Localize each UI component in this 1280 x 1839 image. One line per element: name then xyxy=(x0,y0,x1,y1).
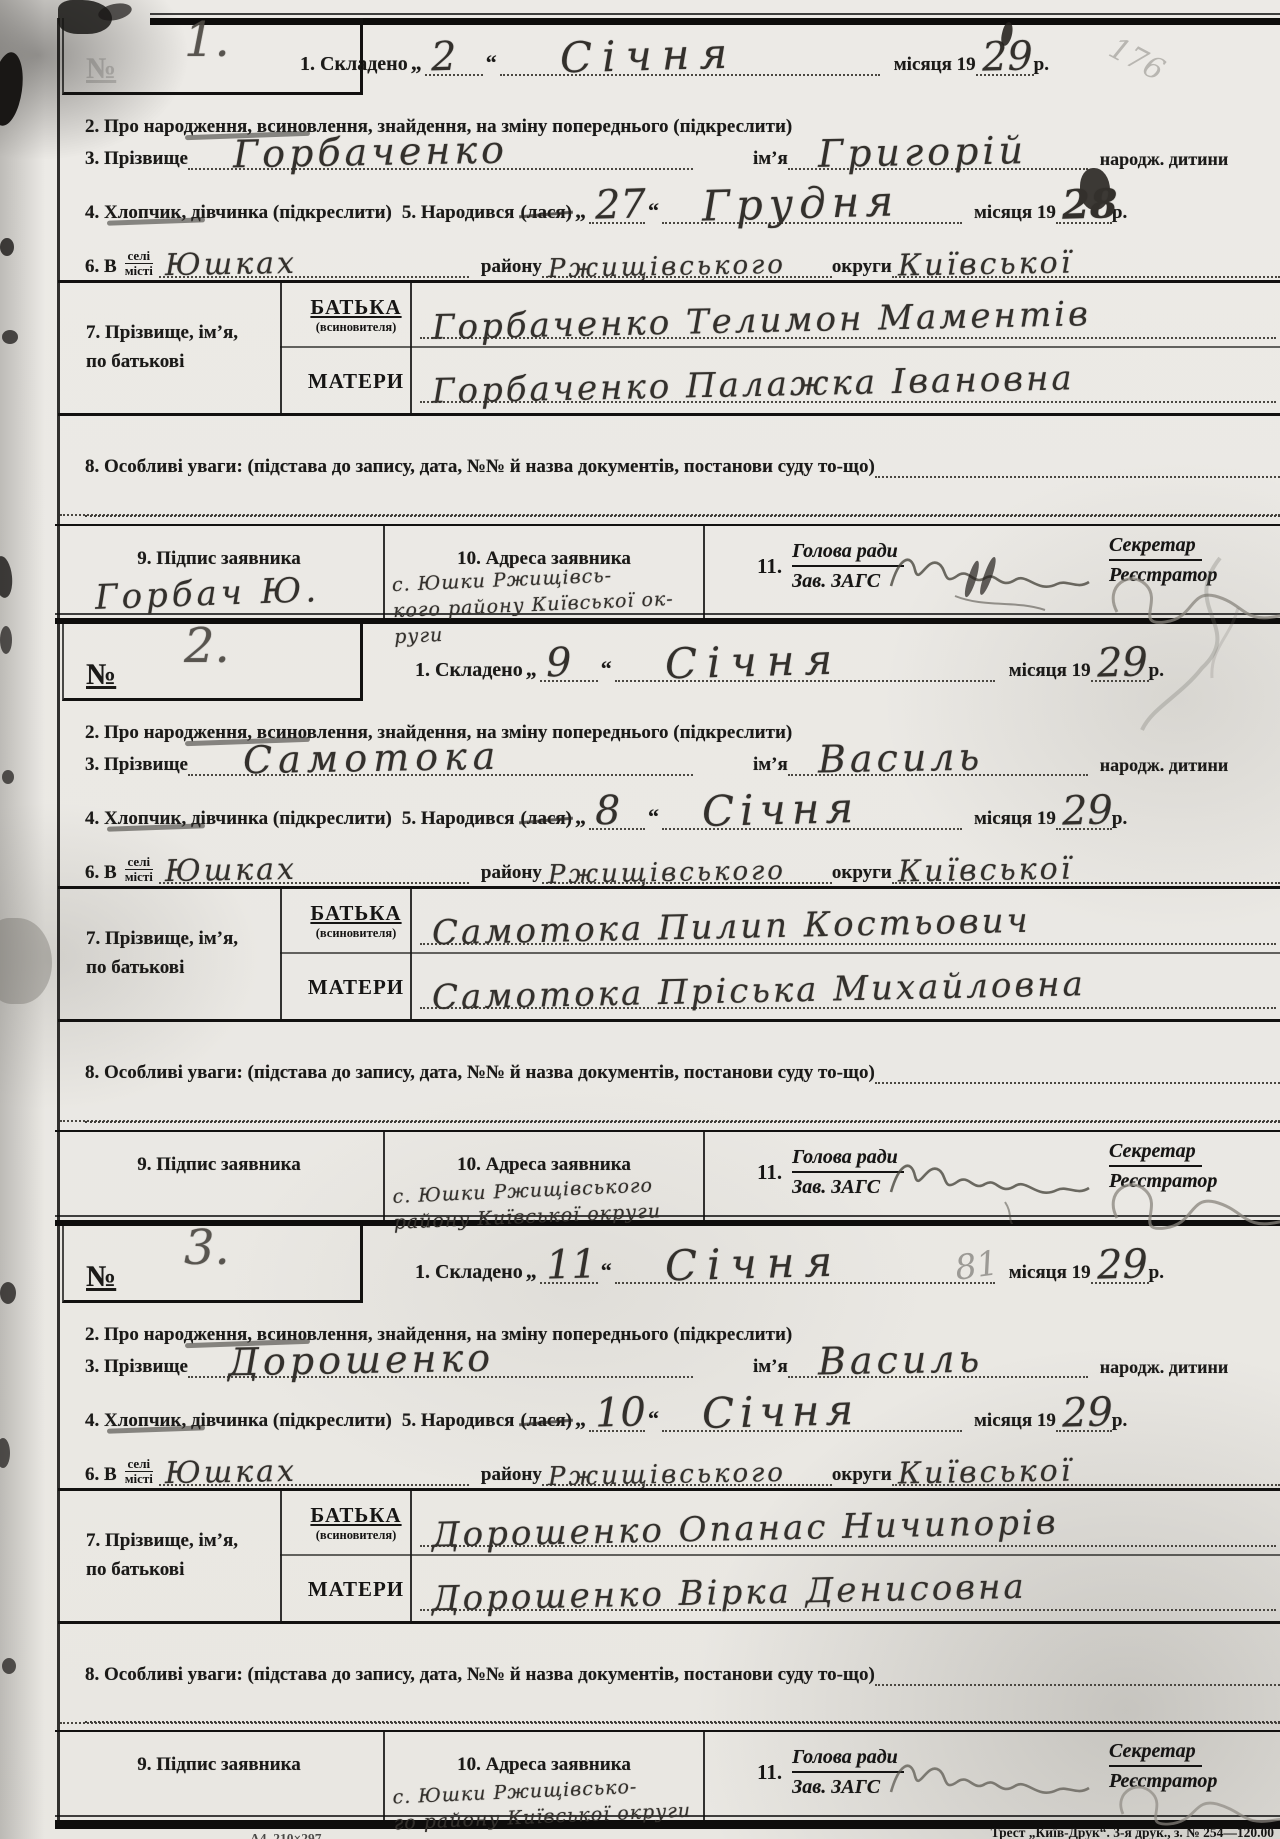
applicant-signature-cell: 9. Підпис заявника Горбач Ю. xyxy=(55,526,385,618)
village-town-choice: селі місті xyxy=(125,855,153,884)
r-label: р. xyxy=(1112,1410,1127,1432)
close-quote: “ xyxy=(645,804,662,830)
father-name: Самотока Пилип Костьович xyxy=(432,901,1031,954)
head-of-council-block: 11. Голова ради Зав. ЗАГС xyxy=(757,1746,904,1799)
okruha-entry: Київської xyxy=(892,856,1280,884)
surname-label: 3. Прізвище xyxy=(85,1356,188,1378)
okruha-label: округи xyxy=(832,1464,892,1486)
composed-year: 29 xyxy=(1096,1241,1148,1288)
remarks-row: 8. Особливі уваги: (підстава до запису, … xyxy=(85,1052,1280,1084)
mother-entry: Дорошенко Вірка Денисовна xyxy=(420,1585,1276,1611)
mother-word: МАТЕРИ xyxy=(298,975,414,1000)
in-label: 6. В xyxy=(85,256,117,278)
mother-entry: Горбаченко Палажка Івановна xyxy=(420,377,1276,403)
parents-label: 7. Прізвище, ім’я, по батькові xyxy=(86,319,238,376)
remarks-label: 8. Особливі уваги: (підстава до запису, … xyxy=(85,456,875,478)
item-11-label: 11. xyxy=(757,1760,782,1785)
birth-day-entry: 8 xyxy=(589,802,645,830)
birth-day-entry: 10 xyxy=(589,1404,645,1432)
name-entry: Василь xyxy=(788,748,1088,776)
close-quote: “ xyxy=(645,198,662,224)
head-of-council-block: 11. Голова ради Зав. ЗАГС xyxy=(757,1146,904,1199)
father-label: БАТЬКА (всиновителя) xyxy=(298,1503,414,1543)
remarks-row: 8. Особливі уваги: (підстава до запису, … xyxy=(85,1654,1280,1686)
margin-ink-mark xyxy=(2,1658,16,1674)
given-name: Григорій xyxy=(817,128,1027,176)
birth-year: 29 xyxy=(1061,787,1113,834)
birth-day-entry: 27 xyxy=(589,196,645,224)
surname: Горбаченко xyxy=(233,128,509,177)
district: Ржищівського xyxy=(548,250,786,284)
born-label: 5. Народився xyxy=(402,202,515,224)
composed-day: 2 xyxy=(430,34,457,81)
record-number: 1. xyxy=(184,12,230,68)
parents-section: 7. Прізвище, ім’я, по батькові БАТЬКА (в… xyxy=(58,1488,1280,1624)
paper-format-note: А4. 210×297 xyxy=(250,1831,321,1839)
surname-entry: Горбаченко xyxy=(188,142,693,170)
district: Ржищівського xyxy=(548,856,786,890)
dotted-leader xyxy=(875,1658,1280,1686)
applicant-address-cell: 10. Адреса заявника с. Юшки Ржищівсь- ко… xyxy=(385,526,705,618)
surname-row: 3. Прізвище Горбаченко ім’я Григорій нар… xyxy=(85,134,1280,170)
father-label: БАТЬКА (всиновителя) xyxy=(298,901,414,941)
name-entry: Василь xyxy=(788,1350,1088,1378)
town-word: місті xyxy=(125,1472,153,1486)
born-row: 4. Хлопчик, дівчинка (підкреслити) 5. На… xyxy=(85,798,1280,830)
applicant-address-cell: 10. Адреса заявника с. Юшки Ржищівсько- … xyxy=(385,1732,705,1820)
composed-day: 11 xyxy=(545,1241,597,1288)
birth-year: 29 xyxy=(1061,1389,1113,1436)
close-quote: “ xyxy=(645,1406,662,1432)
remarks-row: 8. Особливі уваги: (підстава до запису, … xyxy=(85,446,1280,478)
village-town-choice: селі місті xyxy=(125,249,153,278)
birth-year-entry: 29 xyxy=(1056,802,1112,830)
father-entry: Горбаченко Телимон Маментів xyxy=(420,313,1276,339)
applicant-signature-cell: 9. Підпис заявника xyxy=(55,1732,385,1820)
officials-cell: 11. Голова ради Зав. ЗАГС Секретар Реєст… xyxy=(705,1132,1280,1220)
margin-ink-mark xyxy=(0,238,14,256)
open-quote: „ xyxy=(572,198,589,224)
place-row: 6. В селі місті Юшках району Ржищівськог… xyxy=(85,852,1280,884)
village-word: селі xyxy=(125,1457,153,1473)
birth-year-entry: 28 xyxy=(1056,196,1112,224)
open-quote: „ xyxy=(572,1406,589,1432)
district-entry: Ржищівського xyxy=(542,856,832,884)
composed-month-entry: Січня xyxy=(615,1256,995,1284)
composed-month-entry: Січня xyxy=(500,48,880,76)
parents-label: 7. Прізвище, ім’я, по батькові xyxy=(86,925,238,982)
surname-entry: Самотока xyxy=(188,748,693,776)
parents-section: 7. Прізвище, ім’я, по батькові БАТЬКА (в… xyxy=(58,886,1280,1022)
record-number-box: № 2. xyxy=(62,624,363,701)
no-symbol: № xyxy=(86,1260,116,1294)
okruha: Київської xyxy=(897,851,1073,889)
applicant-signature-label: 9. Підпис заявника xyxy=(55,1754,383,1776)
name-label: ім’я xyxy=(753,148,788,170)
mother-name: Самотока Пріська Михайловна xyxy=(432,964,1087,1018)
composed-month: Січня xyxy=(664,1237,842,1291)
no-symbol: № xyxy=(86,658,116,692)
okruha: Київської xyxy=(897,1453,1073,1491)
month19-label: місяця 19 xyxy=(894,54,976,76)
item-11-label: 11. xyxy=(757,1160,782,1185)
born-fem-label: (лася) xyxy=(520,808,572,830)
head-signature xyxy=(885,1744,1095,1824)
born-label: 5. Народився xyxy=(402,1410,515,1432)
place-row: 6. В селі місті Юшках району Ржищівськог… xyxy=(85,246,1280,278)
name-label: ім’я xyxy=(753,1356,788,1378)
birth-day: 27 xyxy=(594,181,646,228)
parents-label-line2: по батькові xyxy=(86,954,238,983)
born-fem-label: (лася) xyxy=(520,1410,572,1432)
village-town-choice: селі місті xyxy=(125,1457,153,1486)
margin-ink-mark xyxy=(0,626,12,654)
composed-month-entry: Січня xyxy=(615,654,995,682)
okruha-entry: Київської xyxy=(892,250,1280,278)
mother-name: Горбаченко Палажка Івановна xyxy=(432,358,1075,411)
mother-row: МАТЕРИ Дорошенко Вірка Денисовна xyxy=(280,1555,1280,1619)
child-birth-label: народж. дитини xyxy=(1100,755,1228,776)
father-word-sub: (всиновителя) xyxy=(298,320,414,335)
village: Юшках xyxy=(165,852,298,889)
record-number-box: № 3. xyxy=(62,1226,363,1303)
father-row: БАТЬКА (всиновителя) Горбаченко Телимон … xyxy=(280,283,1280,347)
district: Ржищівського xyxy=(548,1458,786,1492)
applicant-signature-cell: 9. Підпис заявника xyxy=(55,1132,385,1220)
applicant-signature-label: 9. Підпис заявника xyxy=(55,548,383,570)
child-birth-label: народж. дитини xyxy=(1100,149,1228,170)
parents-label-line1: 7. Прізвище, ім’я, xyxy=(86,925,238,954)
open-quote: „ xyxy=(572,804,589,830)
mother-row: МАТЕРИ Горбаченко Палажка Івановна xyxy=(280,347,1280,411)
surname-label: 3. Прізвище xyxy=(85,148,188,170)
close-quote: “ xyxy=(598,1258,615,1284)
parents-label-line1: 7. Прізвище, ім’я, xyxy=(86,1527,238,1556)
given-name: Василь xyxy=(817,1337,983,1384)
okruha-label: округи xyxy=(832,862,892,884)
secretary-label: Секретар xyxy=(1109,1740,1202,1767)
father-name: Горбаченко Телимон Маментів xyxy=(432,294,1092,348)
birth-month-entry: Січня xyxy=(662,1404,962,1432)
surname-label: 3. Прізвище xyxy=(85,754,188,776)
printer-imprint: Трест „Київ-Друк“. 3-я друк., з. № 254—1… xyxy=(991,1825,1274,1839)
record-3: № 3. 1. Складено „ 11 “ Січня місяця 19 … xyxy=(0,1226,1280,1820)
district-label: району xyxy=(481,1464,542,1486)
open-quote: „ xyxy=(408,50,425,76)
composed-day-entry: 2 xyxy=(425,48,483,76)
remarks-label: 8. Особливі уваги: (підстава до запису, … xyxy=(85,1664,875,1686)
zags-label: Зав. ЗАГС xyxy=(792,567,880,593)
born-label: 5. Народився xyxy=(402,808,515,830)
name-entry: Григорій xyxy=(788,142,1088,170)
head-of-council-block: 11. Голова ради Зав. ЗАГС xyxy=(757,540,904,593)
father-word-sub: (всиновителя) xyxy=(298,926,414,941)
close-quote: “ xyxy=(598,656,615,682)
mother-row: МАТЕРИ Самотока Пріська Михайловна xyxy=(280,953,1280,1017)
parents-label-line1: 7. Прізвище, ім’я, xyxy=(86,319,238,348)
birth-year: 28 xyxy=(1061,180,1118,228)
surname-row: 3. Прізвище Самотока ім’я Василь народж.… xyxy=(85,740,1280,776)
in-label: 6. В xyxy=(85,1464,117,1486)
composed-month: Січня xyxy=(664,635,842,689)
composed-day-entry: 9 xyxy=(540,654,598,682)
composed-label: 1. Складено xyxy=(415,659,523,682)
mother-entry: Самотока Пріська Михайловна xyxy=(420,983,1276,1009)
father-row: БАТЬКА (всиновителя) Дорошенко Опанас Ни… xyxy=(280,1491,1280,1555)
parents-label: 7. Прізвище, ім’я, по батькові xyxy=(86,1527,238,1584)
birth-month: Січня xyxy=(701,1385,859,1438)
dotted-leader xyxy=(875,450,1280,478)
secretary-signature xyxy=(1105,1772,1280,1832)
father-word: БАТЬКА xyxy=(298,901,414,926)
r-label: р. xyxy=(1034,54,1049,76)
village-entry: Юшках xyxy=(159,1458,469,1486)
month19-label: місяця 19 xyxy=(974,202,1056,224)
record-number: 3. xyxy=(184,1220,230,1276)
okruha-label: округи xyxy=(832,256,892,278)
margin-ink-mark xyxy=(2,330,18,344)
born-row: 4. Хлопчик, дівчинка (підкреслити) 5. На… xyxy=(85,192,1280,224)
mother-label: МАТЕРИ xyxy=(298,369,414,394)
composed-label: 1. Складено xyxy=(415,1261,523,1284)
close-quote: “ xyxy=(483,50,500,76)
composed-year-entry: 29 xyxy=(1091,1256,1149,1284)
village: Юшках xyxy=(165,1454,298,1491)
birth-month: Січня xyxy=(701,783,859,836)
birth-day: 8 xyxy=(594,788,621,835)
town-word: місті xyxy=(125,870,153,884)
applicant-address-cell: 10. Адреса заявника с. Юшки Ржищівського… xyxy=(385,1132,705,1220)
month19-label: місяця 19 xyxy=(1009,1262,1091,1284)
record-number: 2. xyxy=(184,618,230,674)
scanned-registry-page: № 1. 1. Складено „ 2 “ Січня місяця 19 2… xyxy=(0,0,1280,1839)
father-word: БАТЬКА xyxy=(298,1503,414,1528)
birth-month-entry: Грудня xyxy=(662,196,962,224)
father-label: БАТЬКА (всиновителя) xyxy=(298,295,414,335)
composed-day-entry: 11 xyxy=(540,1256,598,1284)
father-row: БАТЬКА (всиновителя) Самотока Пилип Кост… xyxy=(280,889,1280,953)
r-label: р. xyxy=(1149,1262,1164,1284)
father-word-sub: (всиновителя) xyxy=(298,1528,414,1543)
town-word: місті xyxy=(125,264,153,278)
record-1: № 1. 1. Складено „ 2 “ Січня місяця 19 2… xyxy=(0,18,1280,618)
composed-month: Січня xyxy=(559,29,737,83)
composed-day: 9 xyxy=(545,640,572,687)
open-quote: „ xyxy=(523,1258,540,1284)
birth-month: Грудня xyxy=(701,176,899,230)
remarks-label: 8. Особливі уваги: (підстава до запису, … xyxy=(85,1062,875,1084)
in-label: 6. В xyxy=(85,862,117,884)
village-word: селі xyxy=(125,249,153,265)
place-row: 6. В селі місті Юшках району Ржищівськог… xyxy=(85,1454,1280,1486)
pencil-scribble xyxy=(1060,548,1260,738)
mother-label: МАТЕРИ xyxy=(298,975,414,1000)
surname-entry: Дорошенко xyxy=(188,1350,693,1378)
mother-word: МАТЕРИ xyxy=(298,1577,414,1602)
composed-year-entry: 29 xyxy=(976,48,1034,76)
given-name: Василь xyxy=(817,735,983,782)
born-fem-label: (лася) xyxy=(520,202,572,224)
father-name: Дорошенко Опанас Ничипорів xyxy=(432,1502,1059,1555)
dotted-leader xyxy=(875,1056,1280,1084)
father-entry: Самотока Пилип Костьович xyxy=(420,919,1276,945)
birth-day: 10 xyxy=(594,1389,646,1436)
signature-table: 9. Підпис заявника 10. Адреса заявника с… xyxy=(55,1730,1280,1820)
parents-label-line2: по батькові xyxy=(86,348,238,377)
applicant-signature: Горбач Ю. xyxy=(94,570,320,618)
okruha: Київської xyxy=(897,245,1073,283)
surname-row: 3. Прізвище Дорошенко ім’я Василь народж… xyxy=(85,1342,1280,1378)
village-entry: Юшках xyxy=(159,856,469,884)
no-symbol: № xyxy=(86,52,116,86)
ink-mark-81: 81 xyxy=(952,1243,1000,1289)
surname: Дорошенко xyxy=(228,1336,495,1385)
okruha-entry: Київської xyxy=(892,1458,1280,1486)
birth-month-entry: Січня xyxy=(662,802,962,830)
parents-label-line2: по батькові xyxy=(86,1556,238,1585)
head-signature xyxy=(885,1144,1095,1224)
zags-label: Зав. ЗАГС xyxy=(792,1173,880,1199)
signature-table: 9. Підпис заявника 10. Адреса заявника с… xyxy=(55,1130,1280,1220)
father-entry: Дорошенко Опанас Ничипорів xyxy=(420,1521,1276,1547)
officials-cell: 11. Голова ради Зав. ЗАГС Секретар Реєст… xyxy=(705,1732,1280,1820)
district-label: району xyxy=(481,256,542,278)
birth-year-entry: 29 xyxy=(1056,1404,1112,1432)
village: Юшках xyxy=(165,246,298,283)
item-11-label: 11. xyxy=(757,554,782,579)
mother-word: МАТЕРИ xyxy=(298,369,414,394)
district-label: району xyxy=(481,862,542,884)
parents-section: 7. Прізвище, ім’я, по батькові БАТЬКА (в… xyxy=(58,280,1280,416)
month19-label: місяця 19 xyxy=(974,1410,1056,1432)
applicant-signature-label: 9. Підпис заявника xyxy=(55,1154,383,1176)
surname: Самотока xyxy=(243,734,502,783)
district-entry: Ржищівського xyxy=(542,250,832,278)
margin-ink-mark xyxy=(2,770,14,784)
name-label: ім’я xyxy=(753,754,788,776)
mother-name: Дорошенко Вірка Денисовна xyxy=(432,1567,1027,1619)
village-entry: Юшках xyxy=(159,250,469,278)
open-quote: „ xyxy=(523,656,540,682)
margin-ink-mark xyxy=(0,1282,16,1304)
child-birth-label: народж. дитини xyxy=(1100,1357,1228,1378)
village-word: селі xyxy=(125,855,153,871)
composed-row: 1. Складено „ 11 “ Січня місяця 19 29 р. xyxy=(415,1252,1274,1284)
born-row: 4. Хлопчик, дівчинка (підкреслити) 5. На… xyxy=(85,1400,1280,1432)
composed-label: 1. Складено xyxy=(300,53,408,76)
month19-label: місяця 19 xyxy=(974,808,1056,830)
r-label: р. xyxy=(1112,808,1127,830)
district-entry: Ржищівського xyxy=(542,1458,832,1486)
secretary-label: Секретар xyxy=(1109,1140,1202,1167)
father-word: БАТЬКА xyxy=(298,295,414,320)
zags-label: Зав. ЗАГС xyxy=(792,1773,880,1799)
mother-label: МАТЕРИ xyxy=(298,1577,414,1602)
